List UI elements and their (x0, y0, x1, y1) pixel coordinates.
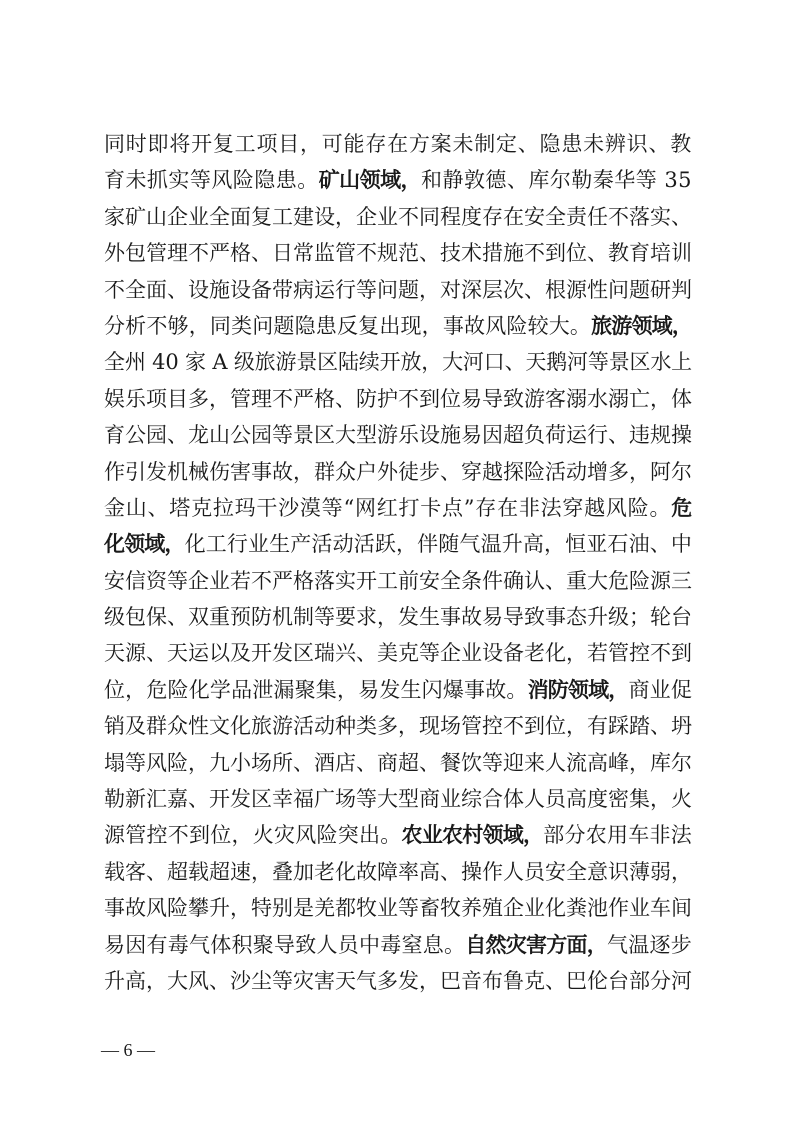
text-line-8: 娱乐项目多，管理不严格、防护不到位易导致游客溺水溺亡，体 (104, 381, 692, 417)
text-line-4: 外包管理不严格、日常监管不规范、技术措施不到位、教育培训 (104, 235, 692, 271)
text-run: 源管控不到位，火灾风险突出。 (104, 823, 402, 847)
text-run: 载客、超载超速，叠加老化故障率高、操作人员安全意识薄弱， (104, 860, 692, 884)
text-run: 金山、塔克拉玛干沙漠等“网红打卡点”存在非法穿越风险。 (104, 496, 671, 520)
section-heading-tourism: 旅游领域， (591, 314, 692, 338)
text-run: 天源、天运以及开发区瑞兴、美克等企业设备老化，若管控不到 (104, 641, 692, 665)
text-run: 事故风险攀升，特别是羌都牧业等畜牧养殖企业化粪池作业车间 (104, 896, 692, 920)
text-line-2: 育未抓实等风险隐患。矿山领域，和静敦德、库尔勒秦华等 35 (104, 162, 692, 198)
text-line-20: 源管控不到位，火灾风险突出。农业农村领域，部分农用车非法 (104, 817, 692, 853)
text-line-14: 级包保、双重预防机制等要求，发生事故易导致事态升级；轮台 (104, 599, 692, 635)
text-line-21: 载客、超载超速，叠加老化故障率高、操作人员安全意识薄弱， (104, 854, 692, 890)
text-run: 易因有毒气体积聚导致人员中毒窒息。 (104, 933, 465, 957)
section-heading-fire: 消防领域， (528, 678, 629, 702)
section-heading-hazchem-part2: 化领域， (104, 532, 185, 556)
text-run: 销及群众性文化旅游活动种类多，现场管控不到位，有踩踏、坍 (104, 714, 692, 738)
text-run: 塌等风险，九小场所、酒店、商超、餐饮等迎来人流高峰，库尔 (104, 751, 692, 775)
text-run: 同时即将开复工项目，可能存在方案未制定、隐患未辨识、教 (104, 132, 692, 156)
text-line-10: 作引发机械伤害事故，群众户外徒步、穿越探险活动增多，阿尔 (104, 454, 692, 490)
text-line-11: 金山、塔克拉玛干沙漠等“网红打卡点”存在非法穿越风险。危 (104, 490, 692, 526)
text-line-3: 家矿山企业全面复工建设，企业不同程度存在安全责任不落实、 (104, 199, 692, 235)
section-heading-agriculture: 农业农村领域， (402, 823, 544, 847)
text-run: 部分农用车非法 (543, 823, 692, 847)
text-line-16: 位，危险化学品泄漏聚集，易发生闪爆事故。消防领域，商业促 (104, 672, 692, 708)
text-line-12: 化领域，化工行业生产活动活跃，伴随气温升高，恒亚石油、中 (104, 526, 692, 562)
text-run: 娱乐项目多，管理不严格、防护不到位易导致游客溺水溺亡，体 (104, 387, 692, 411)
text-run: 家矿山企业全面复工建设，企业不同程度存在安全责任不落实、 (104, 205, 692, 229)
text-line-18: 塌等风险，九小场所、酒店、商超、餐饮等迎来人流高峰，库尔 (104, 745, 692, 781)
text-line-19: 勒新汇嘉、开发区幸福广场等大型商业综合体人员高度密集，火 (104, 781, 692, 817)
text-run: 不全面、设施设备带病运行等问题，对深层次、根源性问题研判 (104, 278, 692, 302)
text-line-23: 易因有毒气体积聚导致人员中毒窒息。自然灾害方面，气温逐步 (104, 927, 692, 963)
section-heading-hazchem-part1: 危 (671, 496, 692, 520)
text-run: 作引发机械伤害事故，群众户外徒步、穿越探险活动增多，阿尔 (104, 460, 692, 484)
text-line-17: 销及群众性文化旅游活动种类多，现场管控不到位，有踩踏、坍 (104, 708, 692, 744)
text-line-5: 不全面、设施设备带病运行等问题，对深层次、根源性问题研判 (104, 272, 692, 308)
text-line-7: 全州 40 家 A 级旅游景区陆续开放，大河口、天鹅河等景区水上 (104, 344, 692, 380)
text-run: 位，危险化学品泄漏聚集，易发生闪爆事故。 (104, 678, 528, 702)
section-heading-mining: 矿山领域， (319, 168, 421, 192)
body-paragraph: 同时即将开复工项目，可能存在方案未制定、隐患未辨识、教 育未抓实等风险隐患。矿山… (104, 126, 692, 999)
text-line-1: 同时即将开复工项目，可能存在方案未制定、隐患未辨识、教 (104, 126, 692, 162)
text-run: 级包保、双重预防机制等要求，发生事故易导致事态升级；轮台 (104, 605, 692, 629)
text-line-6: 分析不够，同类问题隐患反复出现，事故风险较大。旅游领域， (104, 308, 692, 344)
text-run: 和静敦德、库尔勒秦华等 35 (421, 168, 692, 192)
text-run: 升高，大风、沙尘等灾害天气多发，巴音布鲁克、巴伦台部分河 (104, 969, 692, 993)
text-run: 商业促 (628, 678, 692, 702)
text-run: 育未抓实等风险隐患。 (104, 168, 319, 192)
text-run: 外包管理不严格、日常监管不规范、技术措施不到位、教育培训 (104, 241, 692, 265)
text-line-9: 育公园、龙山公园等景区大型游乐设施易因超负荷运行、违规操 (104, 417, 692, 453)
document-page: 同时即将开复工项目，可能存在方案未制定、隐患未辨识、教 育未抓实等风险隐患。矿山… (0, 0, 793, 1122)
text-line-22: 事故风险攀升，特别是羌都牧业等畜牧养殖企业化粪池作业车间 (104, 890, 692, 926)
section-heading-natural-disasters: 自然灾害方面， (465, 933, 607, 957)
page-number: — 6 — (101, 1040, 155, 1061)
text-run: 育公园、龙山公园等景区大型游乐设施易因超负荷运行、违规操 (104, 423, 692, 447)
text-run: 化工行业生产活动活跃，伴随气温升高，恒亚石油、中 (185, 532, 692, 556)
text-run: 全州 40 家 A 级旅游景区陆续开放，大河口、天鹅河等景区水上 (104, 350, 692, 374)
text-line-15: 天源、天运以及开发区瑞兴、美克等企业设备老化，若管控不到 (104, 635, 692, 671)
text-run: 气温逐步 (607, 933, 692, 957)
text-run: 勒新汇嘉、开发区幸福广场等大型商业综合体人员高度密集，火 (104, 787, 692, 811)
text-run: 安信资等企业若不严格落实开工前安全条件确认、重大危险源三 (104, 569, 692, 593)
text-run: 分析不够，同类问题隐患反复出现，事故风险较大。 (104, 314, 591, 338)
text-line-24: 升高，大风、沙尘等灾害天气多发，巴音布鲁克、巴伦台部分河 (104, 963, 692, 999)
text-line-13: 安信资等企业若不严格落实开工前安全条件确认、重大危险源三 (104, 563, 692, 599)
